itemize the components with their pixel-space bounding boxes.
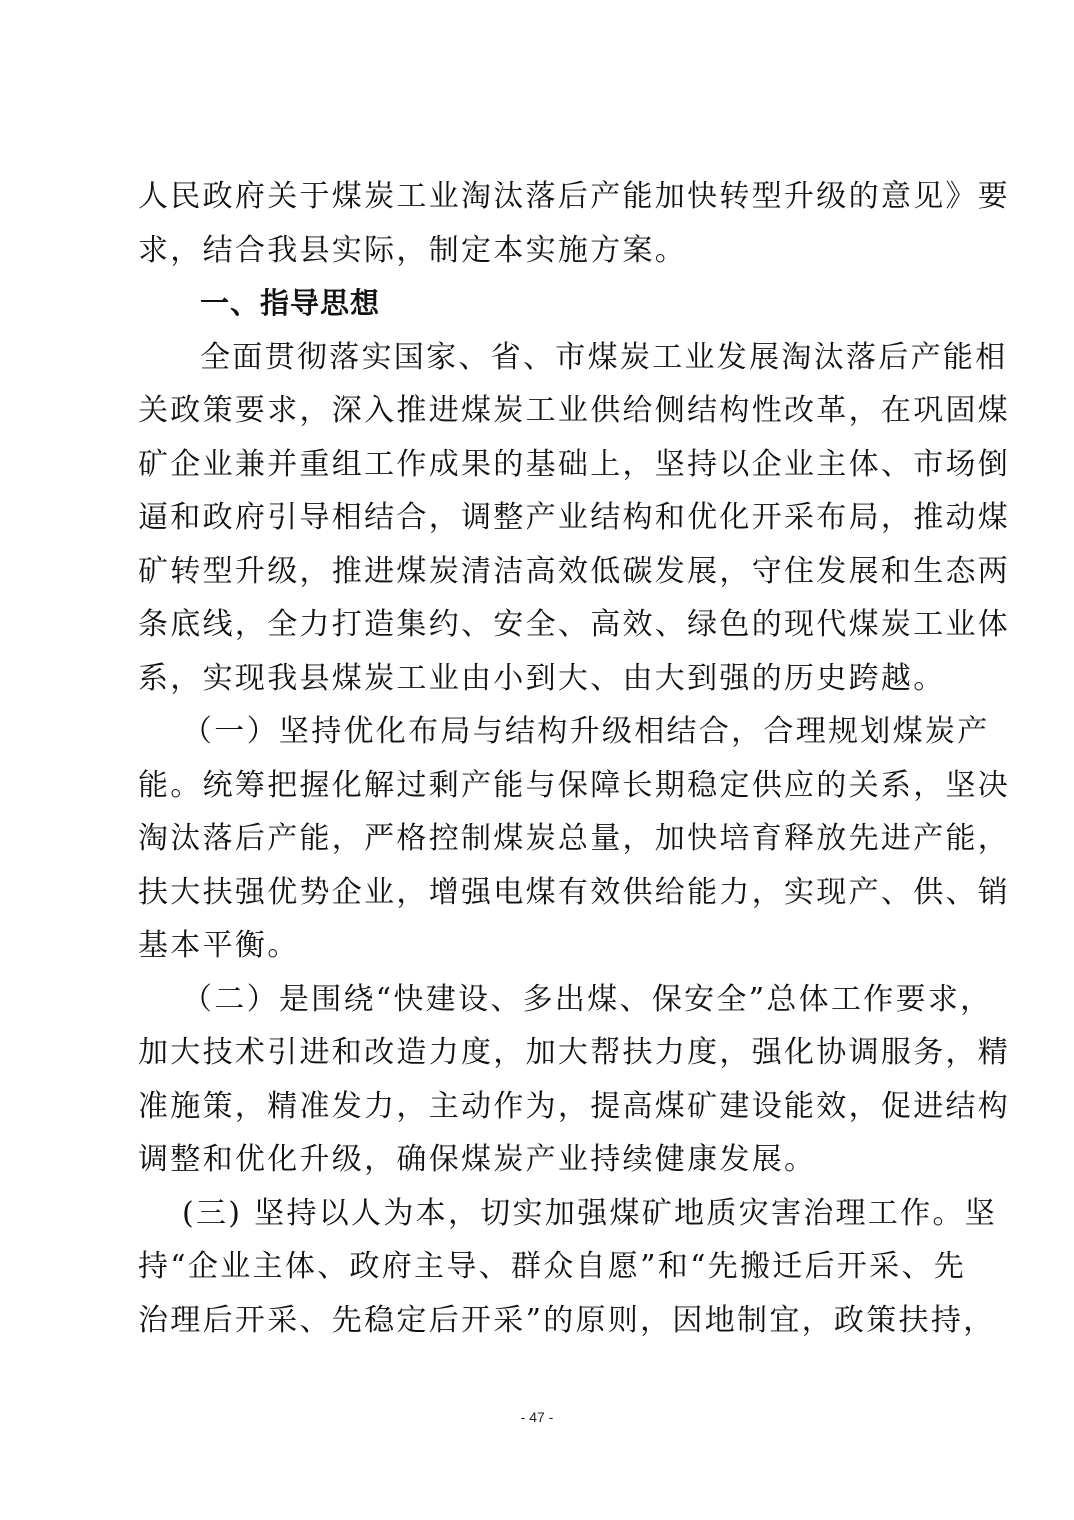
paragraph-guiding-thought: 全面贯彻落实国家、省、市煤炭工业发展淘汰落后产能相 关政策要求，深入推进煤炭工业…: [138, 331, 918, 706]
text-line: 逼和政府引导相结合，调整产业结构和优化开采布局，推动煤: [138, 491, 918, 545]
text-line: 关政策要求，深入推进煤炭工业供给侧结构性改革，在巩固煤: [138, 384, 918, 438]
document-body: 人民政府关于煤炭工业淘汰落后产能加快转型升级的意见》要 求，结合我县实际，制定本…: [138, 170, 918, 1347]
text-line: 准施策，精准发力，主动作为，提高煤矿建设能效，促进结构: [138, 1080, 918, 1134]
paragraph-item-3: (三) 坚持以人为本，切实加强煤矿地质灾害治理工作。坚 持“企业主体、政府主导、…: [138, 1187, 918, 1348]
text-line: 矿企业兼并重组工作成果的基础上，坚持以企业主体、市场倒: [138, 438, 918, 492]
text-line: 系，实现我县煤炭工业由小到大、由大到强的历史跨越。: [138, 652, 918, 706]
text-line: 扶大扶强优势企业，增强电煤有效供给能力，实现产、供、销: [138, 866, 918, 920]
text-line: 调整和优化升级，确保煤炭产业持续健康发展。: [138, 1133, 918, 1187]
text-line: (三) 坚持以人为本，切实加强煤矿地质灾害治理工作。坚: [138, 1187, 918, 1241]
text-line: 求，结合我县实际，制定本实施方案。: [138, 224, 918, 278]
text-line: 能。统筹把握化解过剩产能与保障长期稳定供应的关系，坚决: [138, 759, 918, 813]
text-line: （一）坚持优化布局与结构升级相结合，合理规划煤炭产: [138, 705, 918, 759]
paragraph-item-2: （二）是围绕“快建设、多出煤、保安全”总体工作要求， 加大技术引进和改造力度，加…: [138, 973, 918, 1187]
text-line: 矿转型升级，推进煤炭清洁高效低碳发展，守住发展和生态两: [138, 545, 918, 599]
text-line: （二）是围绕“快建设、多出煤、保安全”总体工作要求，: [138, 973, 918, 1027]
text-line: 治理后开采、先稳定后开采”的原则，因地制宜，政策扶持，: [138, 1294, 918, 1348]
text-line: 条底线，全力打造集约、安全、高效、绿色的现代煤炭工业体: [138, 598, 918, 652]
text-line: 人民政府关于煤炭工业淘汰落后产能加快转型升级的意见》要: [138, 170, 918, 224]
text-line: 淘汰落后产能，严格控制煤炭总量，加快培育释放先进产能，: [138, 812, 918, 866]
text-line: 加大技术引进和改造力度，加大帮扶力度，强化协调服务，精: [138, 1026, 918, 1080]
section-heading: 一、指导思想: [138, 277, 918, 331]
text-line: 持“企业主体、政府主导、群众自愿”和“先搬迁后开采、先: [138, 1240, 918, 1294]
page-number: - 47 -: [0, 1409, 1074, 1425]
text-line: 基本平衡。: [138, 919, 918, 973]
paragraph-item-1: （一）坚持优化布局与结构升级相结合，合理规划煤炭产 能。统筹把握化解过剩产能与保…: [138, 705, 918, 973]
text-line: 全面贯彻落实国家、省、市煤炭工业发展淘汰落后产能相: [138, 331, 918, 385]
